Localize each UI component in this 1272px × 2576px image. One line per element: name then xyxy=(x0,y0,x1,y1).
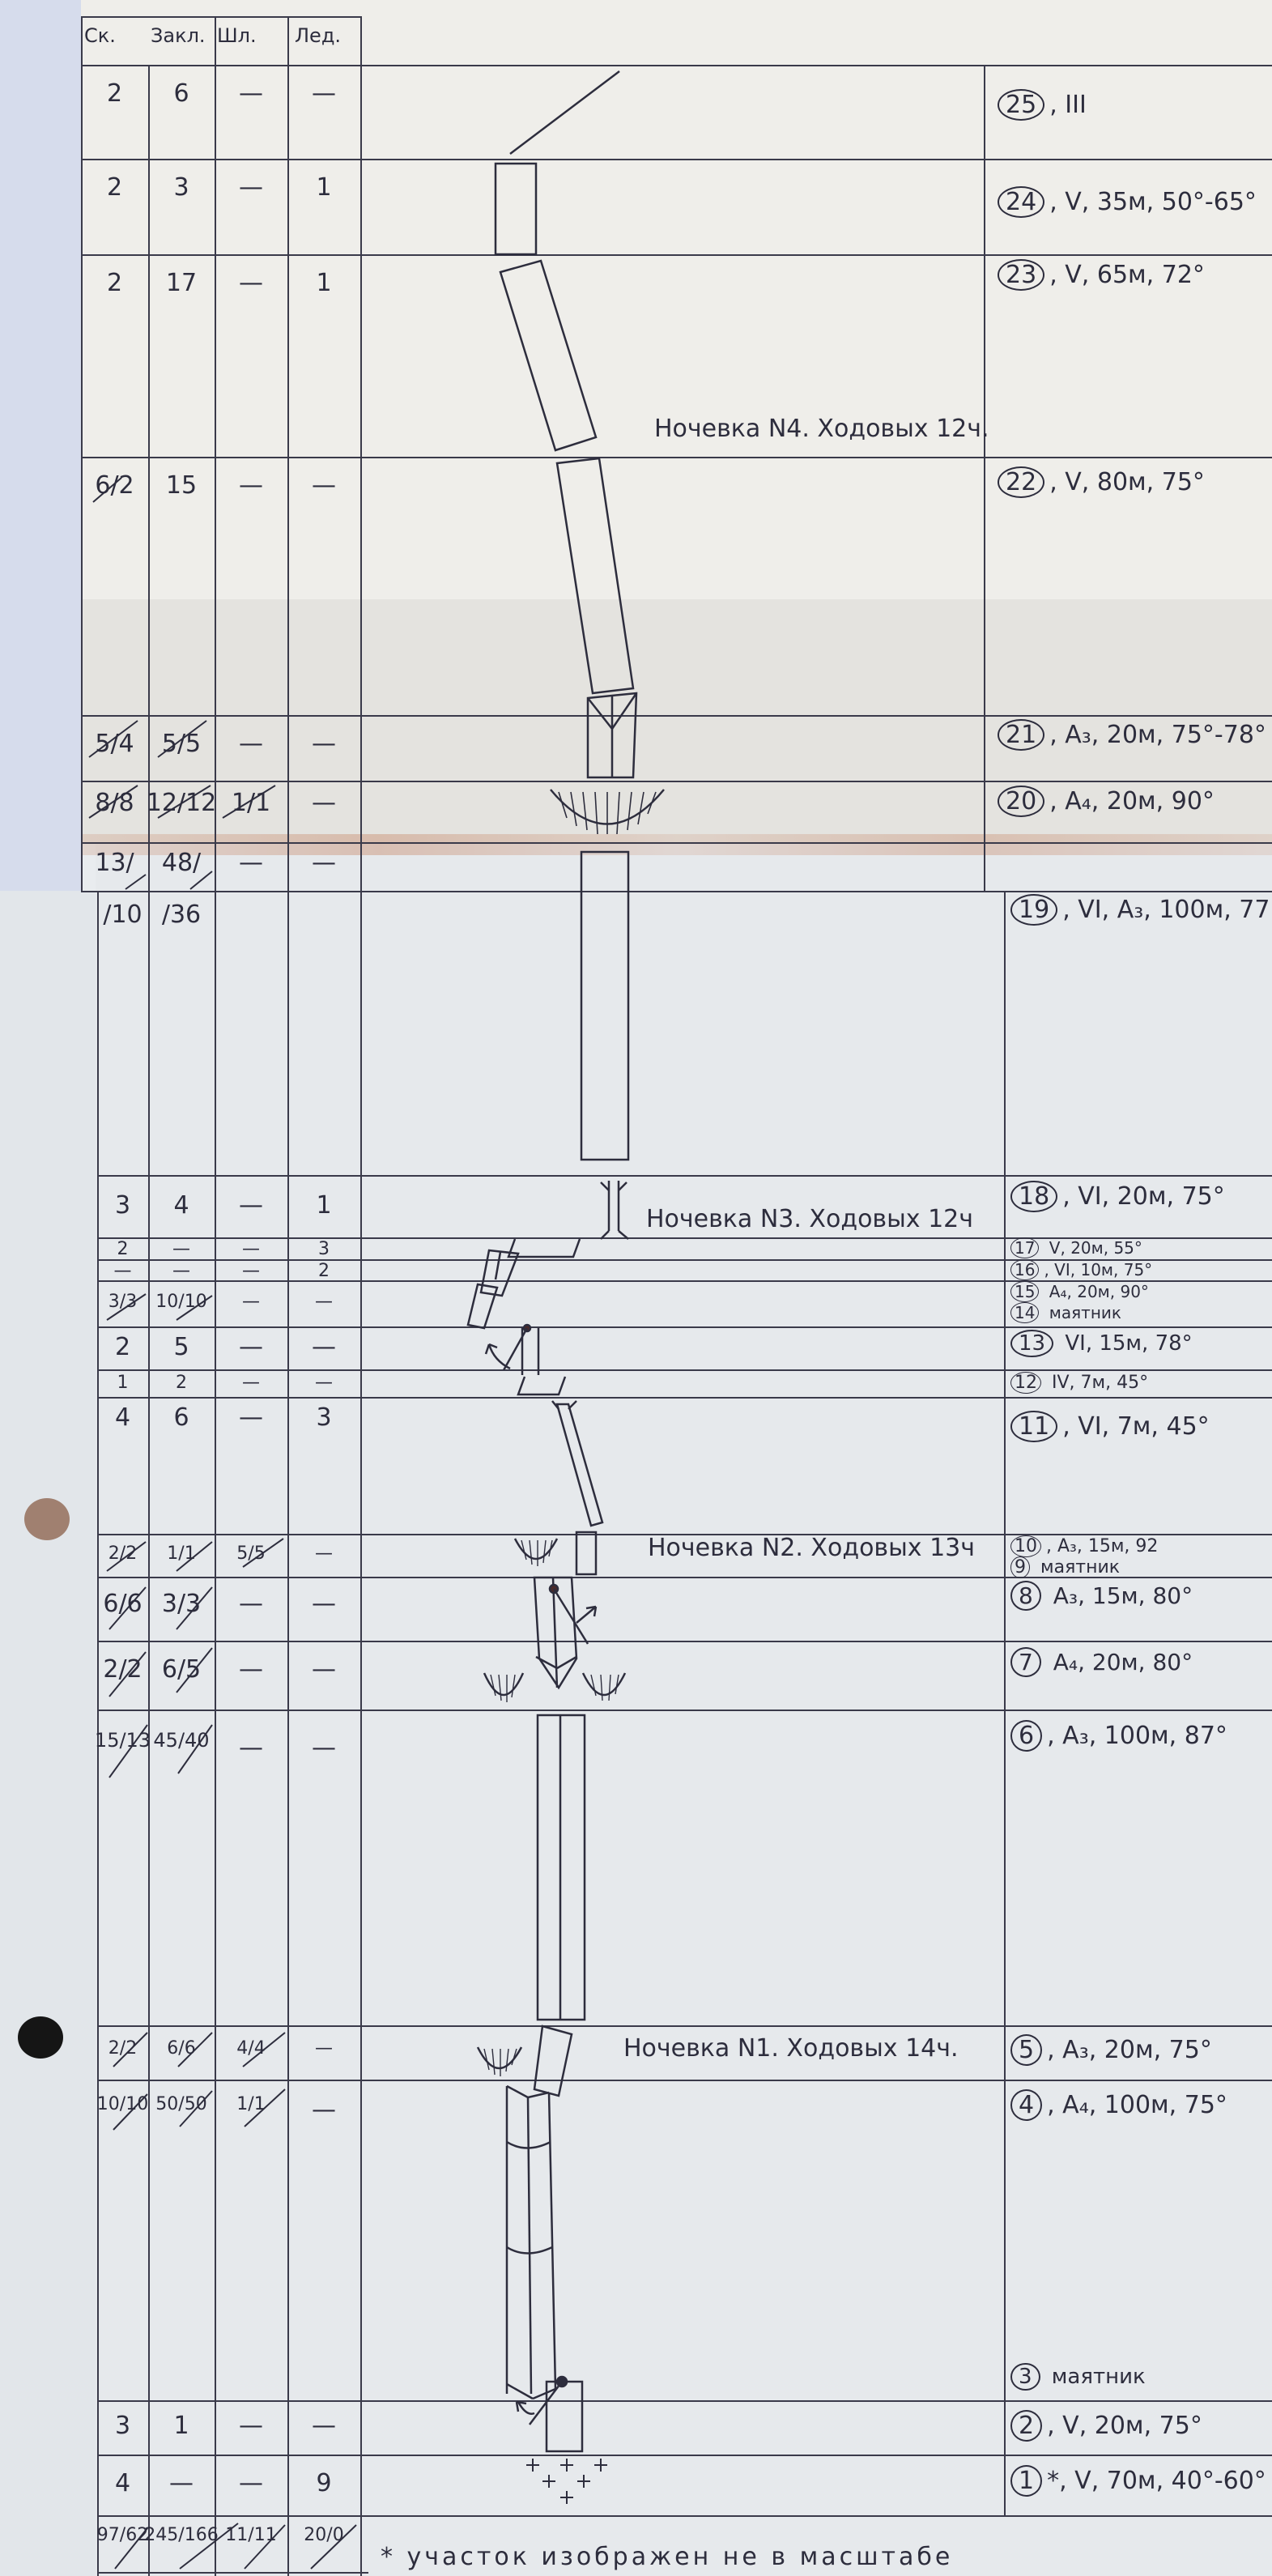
footnote: * участок изображен не в масштабе xyxy=(381,2543,953,2571)
cave-profile-drawing xyxy=(0,0,1272,2576)
